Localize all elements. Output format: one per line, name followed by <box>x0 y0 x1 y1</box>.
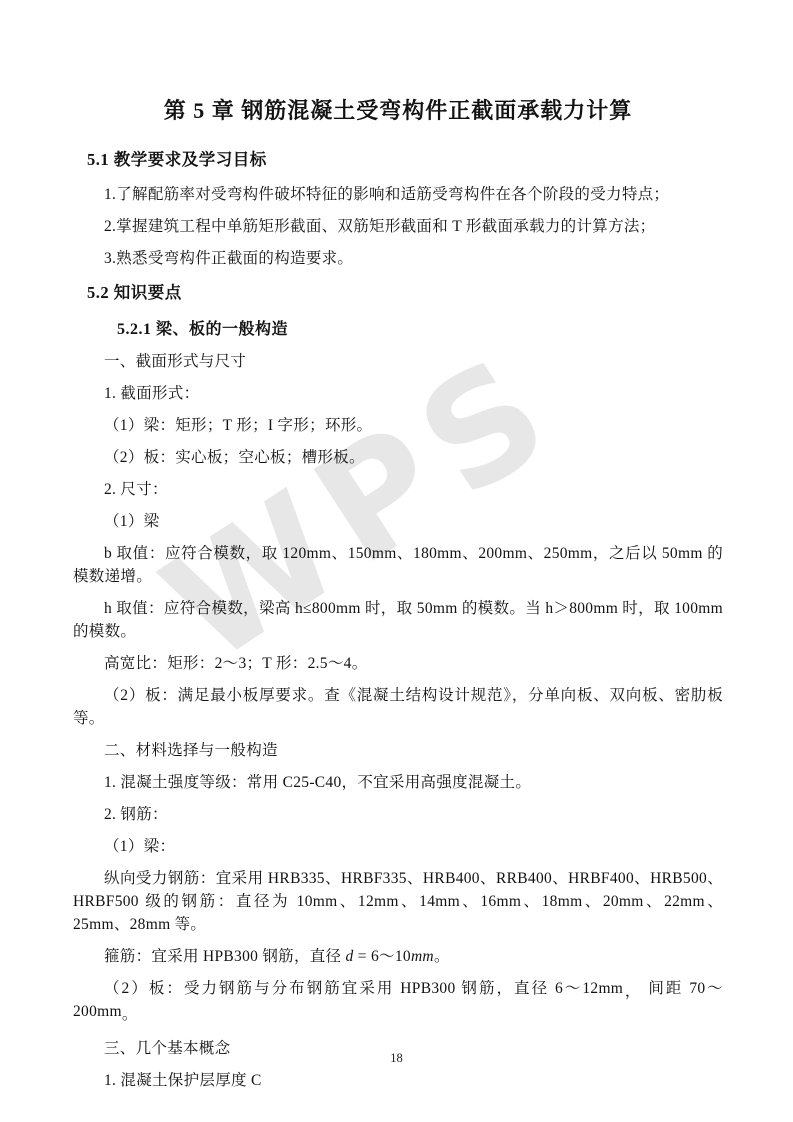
document-page: WPS 第 5 章 钢筋混凝土受弯构件正截面承载力计算 5.1 教学要求及学习目… <box>0 0 793 1122</box>
para-beam-rebar-label: （1）梁： <box>73 835 723 858</box>
para-aspect-ratio: 高宽比：矩形：2～3；T 形：2.5～4。 <box>73 652 723 675</box>
para-slab-rebar: （2）板：受力钢筋与分布钢筋宜采用 HPB300 钢筋，直径 6～12mm， 间… <box>73 977 723 1023</box>
para-longitudinal-rebar: 纵向受力钢筋：宜采用 HRB335、HRBF335、HRB400、RRB400、… <box>73 867 723 936</box>
stirrup-text: 箍筋：宜采用 HPB300 钢筋，直径 <box>104 948 346 965</box>
para-cover-thickness: 1. 混凝土保护层厚度 C <box>73 1069 723 1092</box>
para-dimensions: 2. 尺寸： <box>73 478 723 501</box>
para-materials-title: 二、材料选择与一般构造 <box>73 739 723 762</box>
para-b-value: b 取值：应符合模数，取 120mm、150mm、180mm、200mm、250… <box>73 542 723 588</box>
para-rebar-label: 2. 钢筋： <box>73 803 723 826</box>
para-section-forms-title: 一、截面形式与尺寸 <box>73 350 723 373</box>
para-beam-label: （1）梁 <box>73 510 723 533</box>
section-5-2-1-heading: 5.2.1 梁、板的一般构造 <box>117 316 723 339</box>
slab-rebar-text-1: （2）板：受力钢筋与分布钢筋宜采用 HPB300 钢筋，直径 6～12mm <box>104 980 623 997</box>
section-5-2-heading: 5.2 知识要点 <box>87 279 723 303</box>
slab-rebar-low-period: 。 <box>122 1006 138 1023</box>
stirrup-math-variable: d <box>346 948 354 965</box>
stirrup-period: 。 <box>434 948 450 965</box>
para-concrete-grade: 1. 混凝土强度等级：常用 C25-C40，不宜采用高强度混凝土。 <box>73 771 723 794</box>
para-stirrup: 箍筋：宜采用 HPB300 钢筋，直径 d = 6～10mm。 <box>73 945 723 968</box>
para-section-form: 1. 截面形式： <box>73 382 723 405</box>
slab-rebar-low-comma: ， <box>623 983 642 1000</box>
para-h-value: h 取值：应符合模数，梁高 h≤800mm 时，取 50mm 的模数。当 h＞8… <box>73 597 723 643</box>
page-content: 第 5 章 钢筋混凝土受弯构件正截面承载力计算 5.1 教学要求及学习目标 1.… <box>0 0 793 1092</box>
objective-item-3: 3.熟悉受弯构件正截面的构造要求。 <box>73 247 723 270</box>
para-slab-shapes: （2）板：实心板；空心板；槽形板。 <box>73 446 723 469</box>
stirrup-math-relation: = 6～10 <box>354 948 411 965</box>
para-slab-thickness: （2）板：满足最小板厚要求。查《混凝土结构设计规范》，分单向板、双向板、密肋板等… <box>73 684 723 730</box>
chapter-title: 第 5 章 钢筋混凝土受弯构件正截面承载力计算 <box>73 94 723 125</box>
page-number: 18 <box>0 1051 793 1066</box>
objective-item-2: 2.掌握建筑工程中单筋矩形截面、双筋矩形截面和 T 形截面承载力的计算方法； <box>73 215 723 238</box>
para-beam-shapes: （1）梁：矩形；T 形；I 字形；环形。 <box>73 414 723 437</box>
objective-item-1: 1.了解配筋率对受弯构件破坏特征的影响和适筋受弯构件在各个阶段的受力特点； <box>73 183 723 206</box>
stirrup-math-unit: mm <box>411 948 434 965</box>
section-5-1-heading: 5.1 教学要求及学习目标 <box>87 146 723 170</box>
